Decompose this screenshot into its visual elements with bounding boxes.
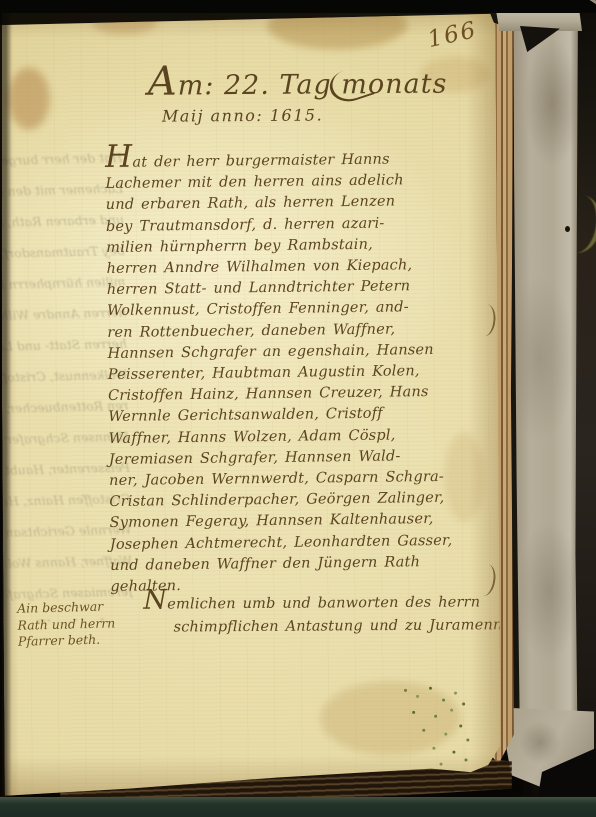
scanner-bottom-band [0, 797, 596, 817]
closing-line: schimpflichen Antastung und zu Juramennt… [143, 614, 495, 639]
manuscript-page: Hat der herr burgermaister HannsLachemer… [0, 12, 501, 795]
binding-parchment-strip [514, 10, 578, 785]
margin-note-line: Pfarrer beth. [18, 631, 148, 651]
mold-specks [404, 689, 407, 692]
manuscript-scan: Hat der herr burgermaister HannsLachemer… [0, 0, 596, 817]
pen-flourish [478, 304, 497, 337]
stain [320, 681, 461, 756]
body-text: Hat der herr burgermaister HannsLachemer… [105, 142, 496, 598]
closing-line: Nemlichen umb und banworten des herrn [143, 586, 495, 616]
date-heading: Am: 22. Tag monats Maij anno: 1615. [148, 57, 448, 126]
stain [8, 67, 50, 129]
scanner-top-band [0, 0, 596, 13]
folio-number: 166 [425, 14, 493, 53]
marginal-note: Ain beschwarRath und herrnPfarrer beth. [17, 598, 148, 651]
heading-line-2: Maij anno: 1615. [162, 105, 448, 126]
heading-line-1: Am: 22. Tag monats [148, 57, 448, 105]
closing-paragraph: Nemlichen umb und banworten des herrnsch… [143, 586, 495, 639]
